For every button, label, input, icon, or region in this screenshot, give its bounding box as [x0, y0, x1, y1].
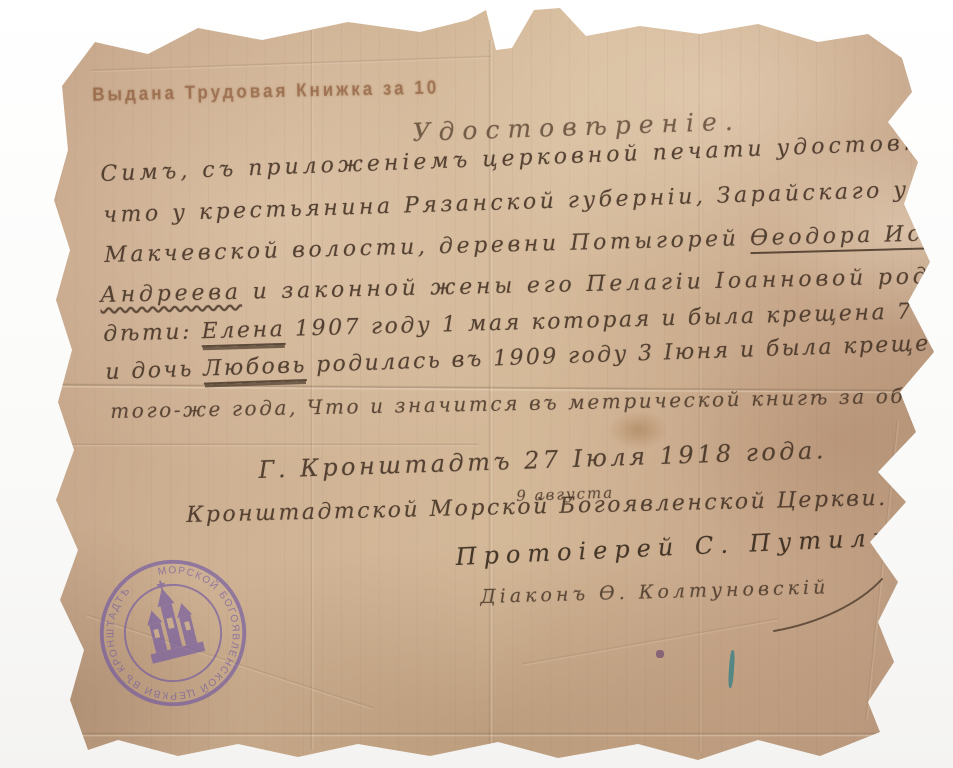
body-line-text: и дочь	[105, 357, 204, 385]
body-line: Макчевской волости, деревни Потыгорей Ѳе…	[104, 219, 953, 268]
father-name: Ѳеодора Исидоров	[750, 219, 953, 254]
issuing-stamp-text: Выдана Трудовая Книжка за 10	[92, 77, 439, 107]
document-paper: Выдана Трудовая Книжка за 10 Удостовѣрен…	[0, 0, 953, 768]
signature-priest: Протоіерей С. Путилинъ	[455, 521, 941, 571]
body-line-text: Макчевской волости, деревни Потыгорей	[104, 226, 750, 268]
child-name-elena: Елена	[201, 317, 285, 347]
crease-line	[310, 30, 314, 750]
date-line: Г. Кронштадтъ 27 Іюля 1918 года.	[258, 436, 827, 484]
teal-ink-mark	[728, 650, 736, 688]
signature-flourish-stroke	[770, 575, 890, 635]
body-line: что у крестьянина Рязанской губерніи, За…	[103, 175, 953, 228]
body-line-text: и законной жены его Пелагіи Іоанновой ро…	[242, 262, 953, 305]
crease-line	[70, 732, 880, 737]
family-name: Андреева	[100, 280, 242, 308]
scanned-document-photo: Выдана Трудовая Книжка за 10 Удостовѣрен…	[0, 0, 953, 768]
purple-ink-dot	[656, 650, 664, 658]
body-line-text: что у крестьянина Рязанской губерніи, За…	[103, 175, 953, 228]
body-line-text: того-же года, Что и значится въ метричес…	[110, 381, 953, 423]
crease-line	[864, 421, 899, 720]
crease-line	[58, 443, 478, 447]
body-line: того-же года, Что и значится въ метричес…	[110, 381, 953, 423]
crease-line	[90, 55, 490, 73]
cathedral-icon	[134, 574, 205, 664]
church-seal: МОРСКОЙ БОГОЯВЛЕНСКОЙ ЦЕРКВИ ВЪ КРОНШТАД…	[80, 540, 267, 727]
body-line-text: дѣти:	[103, 319, 202, 347]
child-name-lyubov: Любовь	[203, 353, 308, 385]
crease-line	[522, 617, 779, 666]
